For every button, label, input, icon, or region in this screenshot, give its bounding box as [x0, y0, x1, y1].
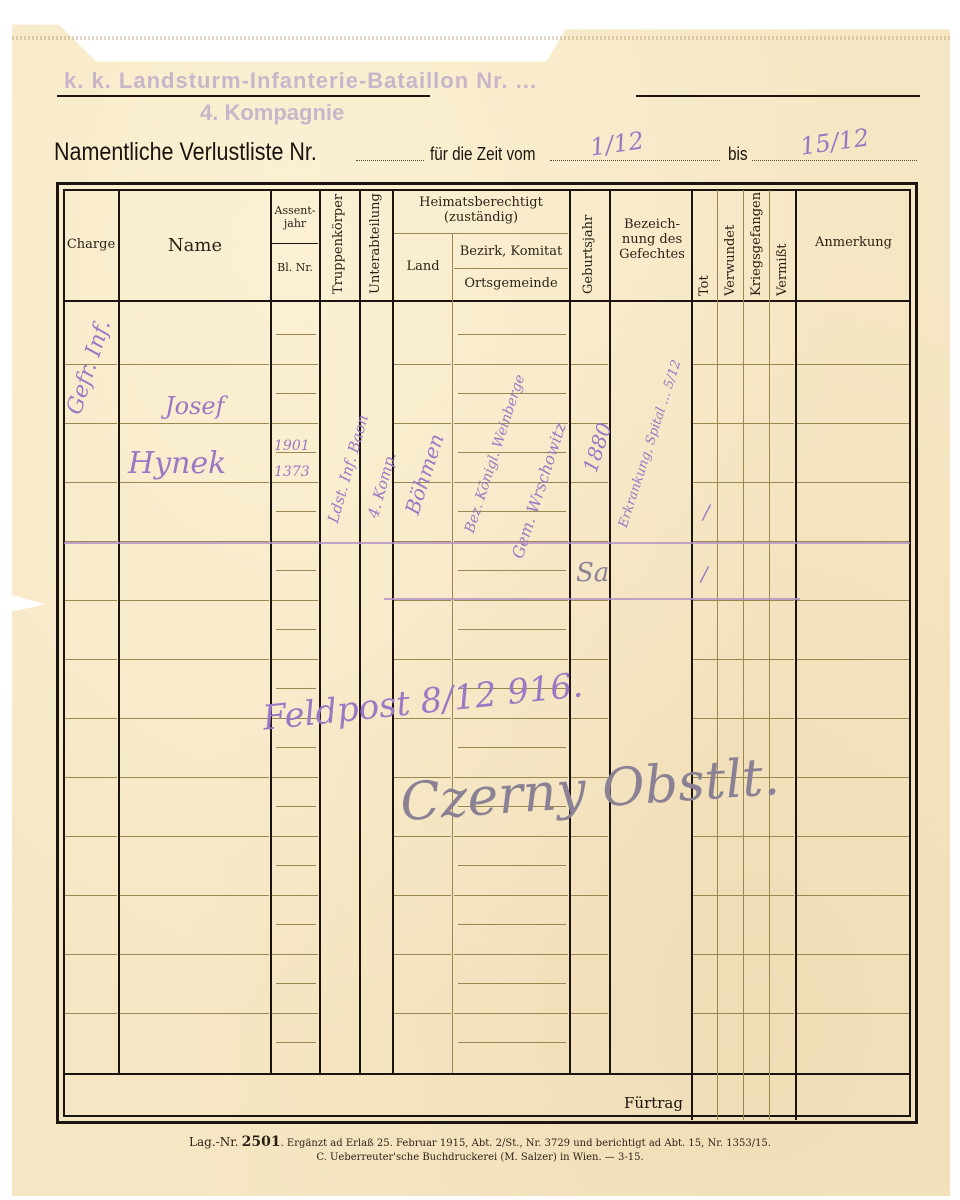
half-row-rule — [458, 924, 566, 925]
entry-first-name: Josef — [165, 392, 224, 420]
initials: Sa — [576, 558, 609, 588]
col-line-vermisst — [795, 190, 797, 1120]
row-rule — [454, 954, 568, 955]
row-rule — [65, 954, 117, 955]
header-vermisst: Vermißt — [775, 234, 790, 296]
row-rule — [797, 954, 909, 955]
row-rule — [797, 1013, 909, 1014]
row-rule — [120, 895, 269, 896]
header-geburtsjahr: Geburtsjahr — [581, 210, 596, 294]
half-row-rule — [458, 983, 566, 984]
row-rule — [571, 895, 608, 896]
row-rule — [693, 600, 794, 601]
row-rule — [454, 1013, 568, 1014]
entry-verwundet-mark-2: / — [701, 562, 708, 586]
row-rule — [65, 423, 117, 424]
col-line-kriegsgef — [769, 190, 770, 1120]
row-rule — [693, 364, 794, 365]
header-bezirk: Bezirk, Komitat — [454, 245, 568, 260]
col-line-gefecht — [691, 190, 693, 1120]
row-rule — [120, 600, 269, 601]
unit-stamp: k. k. Landsturm-Infanterie-Bataillon Nr.… — [64, 68, 537, 94]
half-row-rule — [276, 924, 316, 925]
header-unterabteilung: Unterabteilung — [368, 194, 383, 294]
header-name: Name — [120, 236, 270, 257]
number-field[interactable] — [356, 160, 424, 161]
row-rule — [394, 659, 451, 660]
row-rule — [454, 895, 568, 896]
row-rule — [65, 600, 117, 601]
row-rule — [571, 600, 608, 601]
row-rule — [120, 777, 269, 778]
row-rule — [120, 423, 269, 424]
row-rule — [394, 836, 451, 837]
col-line-name — [270, 190, 272, 1073]
row-rule — [120, 364, 269, 365]
col-line-tot — [717, 190, 718, 1120]
row-rule — [120, 954, 269, 955]
row-rule — [797, 423, 909, 424]
header-ortsgemeinde: Ortsgemeinde — [454, 277, 568, 292]
row-rule — [394, 364, 451, 365]
col-line-bezirk — [569, 190, 571, 1073]
half-row-rule — [276, 334, 316, 335]
half-row-rule — [276, 747, 316, 748]
period-label: für die Zeit vom — [430, 144, 535, 165]
row-rule — [394, 423, 451, 424]
header-land: Land — [394, 260, 452, 275]
company-stamp: 4. Kompagnie — [200, 100, 344, 126]
half-row-rule — [458, 1042, 566, 1043]
half-row-rule — [458, 570, 566, 571]
row-rule — [454, 600, 568, 601]
heimat-divider — [394, 233, 568, 234]
unit-line — [57, 95, 430, 97]
row-rule — [272, 364, 318, 365]
row-rule — [120, 659, 269, 660]
col-line-geburt — [609, 190, 611, 1073]
header-anmerkung: Anmerkung — [797, 236, 910, 251]
row-rule — [272, 423, 318, 424]
header-heimatsberechtigt: Heimatsberechtigt (zuständig) — [394, 196, 568, 226]
header-verwundet: Verwundet — [723, 218, 738, 296]
row-rule — [693, 836, 794, 837]
row-rule — [797, 777, 909, 778]
header-gefecht: Bezeich-nung des Gefechtes — [614, 218, 690, 263]
entry-assentjahr: 1901 — [274, 438, 310, 454]
form-title: Namentliche Verlustliste Nr. — [54, 138, 317, 167]
row-rule — [454, 659, 568, 660]
row-rule — [65, 836, 117, 837]
row-rule — [797, 364, 909, 365]
row-rule — [65, 718, 117, 719]
row-rule — [272, 1013, 318, 1014]
entry-bl-nr: 1373 — [274, 464, 310, 480]
header-tot: Tot — [697, 260, 712, 296]
bezirk-divider — [454, 268, 568, 269]
row-rule — [571, 954, 608, 955]
row-rule — [797, 718, 909, 719]
col-line-charge — [118, 190, 120, 1073]
row-rule — [797, 895, 909, 896]
half-row-rule — [458, 334, 566, 335]
half-row-rule — [276, 629, 316, 630]
row-rule — [797, 482, 909, 483]
row-rule — [272, 482, 318, 483]
row-rule — [693, 482, 794, 483]
assent-divider — [272, 243, 318, 244]
half-row-rule — [276, 511, 316, 512]
row-rule — [797, 659, 909, 660]
col-line-land — [452, 234, 453, 1073]
header-assentjahr: Assent-jahr — [272, 205, 318, 230]
row-rule — [394, 895, 451, 896]
half-row-rule — [458, 865, 566, 866]
closing-line — [64, 542, 910, 544]
half-row-rule — [276, 688, 316, 689]
row-rule — [65, 659, 117, 660]
row-rule — [272, 954, 318, 955]
header-kriegsgefangen: Kriegsgefangen — [749, 192, 764, 296]
row-rule — [394, 954, 451, 955]
row-rule — [571, 718, 608, 719]
row-rule — [65, 1013, 117, 1014]
subtotal-line — [384, 598, 800, 600]
half-row-rule — [276, 1042, 316, 1043]
row-rule — [120, 718, 269, 719]
perforation-edge — [12, 36, 950, 40]
row-rule — [394, 1013, 451, 1014]
row-rule — [571, 482, 608, 483]
header-charge: Charge — [64, 238, 118, 253]
row-rule — [65, 895, 117, 896]
header-truppenkoerper: Truppenkörper — [331, 194, 346, 294]
col-line-unter — [392, 190, 394, 1073]
row-rule — [693, 659, 794, 660]
printer-line-2: C. Ueberreuter'sche Buchdruckerei (M. Sa… — [0, 1152, 960, 1163]
decree-text: . Ergänzt ad Erlaß 25. Februar 1915, Abt… — [281, 1138, 771, 1149]
half-row-rule — [276, 570, 316, 571]
row-rule — [272, 836, 318, 837]
row-rule — [394, 600, 451, 601]
row-rule — [272, 777, 318, 778]
fuertrag-label: Fürtrag — [624, 1094, 683, 1112]
lag-number: 2501 — [242, 1134, 281, 1150]
col-line-truppe — [359, 190, 361, 1073]
row-rule — [65, 482, 117, 483]
row-rule — [693, 954, 794, 955]
row-rule — [693, 895, 794, 896]
row-rule — [454, 364, 568, 365]
row-rule — [693, 423, 794, 424]
header-bl-nr: Bl. Nr. — [276, 262, 314, 275]
lag-prefix: Lag.-Nr. — [189, 1135, 238, 1149]
row-rule — [272, 600, 318, 601]
row-rule — [797, 600, 909, 601]
half-row-rule — [458, 629, 566, 630]
row-rule — [693, 1013, 794, 1014]
row-rule — [65, 777, 117, 778]
row-rule — [120, 482, 269, 483]
row-rule — [571, 659, 608, 660]
row-rule — [797, 836, 909, 837]
printer-line-1: Lag.-Nr. 2501. Ergänzt ad Erlaß 25. Febr… — [0, 1134, 960, 1150]
row-rule — [454, 718, 568, 719]
right-line — [636, 95, 920, 97]
table-inner-border — [63, 189, 911, 1117]
row-rule — [272, 895, 318, 896]
header-divider — [64, 300, 910, 302]
row-rule — [571, 364, 608, 365]
row-rule — [272, 659, 318, 660]
row-rule — [693, 718, 794, 719]
row-rule — [571, 1013, 608, 1014]
row-rule — [571, 836, 608, 837]
half-row-rule — [458, 747, 566, 748]
row-rule — [120, 1013, 269, 1014]
half-row-rule — [276, 806, 316, 807]
to-date-field[interactable] — [752, 160, 917, 161]
from-date-field[interactable] — [550, 160, 720, 161]
row-rule — [120, 836, 269, 837]
footer-divider — [64, 1073, 910, 1075]
col-line-verwundet — [743, 190, 744, 1120]
entry-last-name: Hynek — [128, 446, 226, 481]
col-line-assent — [319, 190, 321, 1073]
row-rule — [454, 836, 568, 837]
half-row-rule — [276, 983, 316, 984]
half-row-rule — [276, 393, 316, 394]
half-row-rule — [276, 865, 316, 866]
to-label: bis — [728, 144, 748, 165]
entry-verwundet-mark: / — [703, 500, 710, 524]
